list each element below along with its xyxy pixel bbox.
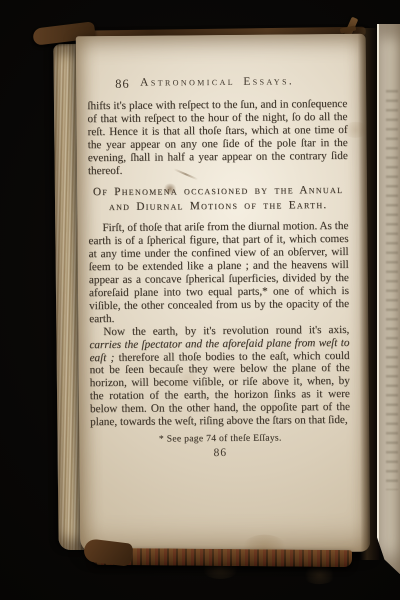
facing-page-sliver xyxy=(377,24,400,576)
section-heading-line-2: and Diurnal Motions of the Earth. xyxy=(88,198,348,215)
book-gutter-shadow xyxy=(358,28,380,560)
signature-page-number: 86 xyxy=(90,446,350,460)
facing-page-text-blur xyxy=(386,90,398,490)
paragraph-second-rest: therefore all thoſe bodies to the eaſt, … xyxy=(90,349,350,428)
header-page-number: 86 xyxy=(115,77,130,92)
paragraph-continuation: ſhifts it's place with reſpect to the ſu… xyxy=(87,98,348,178)
footnote: * See page 74 of theſe Eſſays. xyxy=(90,432,350,445)
cover-corner-bottom-left xyxy=(83,538,133,567)
page-text-block: 86 Astronomical Essays. ſhifts it's plac… xyxy=(76,34,371,555)
running-header: 86 Astronomical Essays. xyxy=(87,75,347,93)
paragraph-second: Now the earth, by it's revolution round … xyxy=(89,324,350,430)
paragraph-second-lead: Now the earth, by it's revolution round … xyxy=(103,324,349,338)
paragraph-first: Firſt, of thoſe that ariſe from the diur… xyxy=(88,220,349,326)
age-spot xyxy=(302,566,336,584)
left-page: 86 Astronomical Essays. ſhifts it's plac… xyxy=(76,34,371,555)
section-heading: Of Phenomena occasioned by the Annual an… xyxy=(88,183,348,214)
book-photograph: 86 Astronomical Essays. ſhifts it's plac… xyxy=(0,0,400,600)
